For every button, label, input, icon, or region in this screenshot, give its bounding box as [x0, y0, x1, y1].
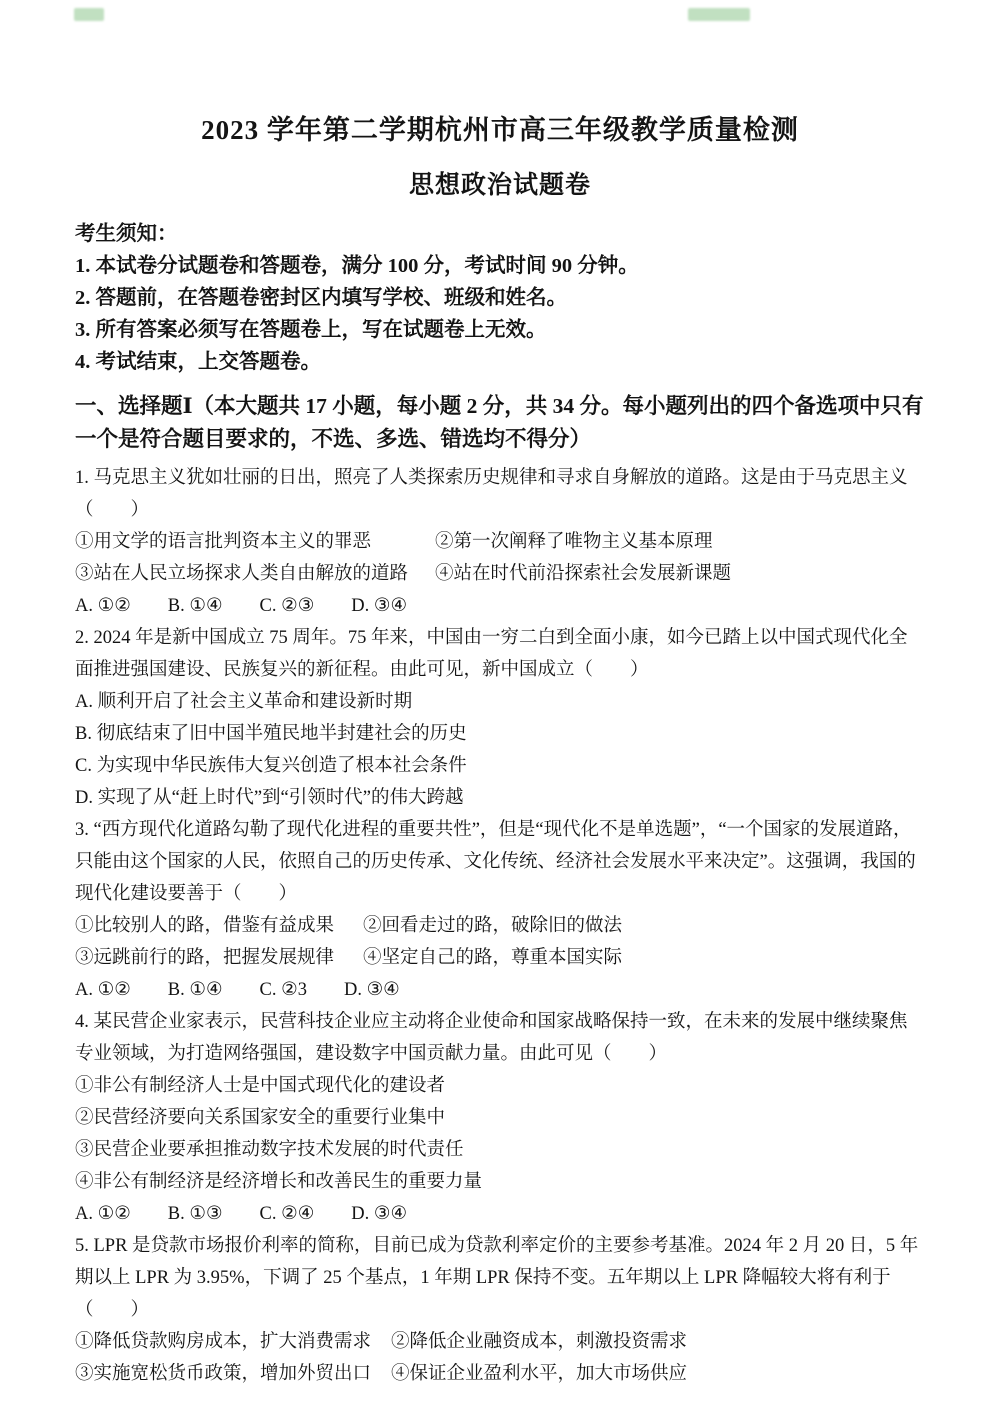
notice-item-1: 1. 本试卷分试题卷和答题卷，满分 100 分，考试时间 90 分钟。 [75, 250, 925, 282]
question-4: 4. 某民营企业家表示，民营科技企业应主动将企业使命和国家战略保持一致，在未来的… [75, 1006, 925, 1230]
question-3-stem: 3. “西方现代化道路勾勒了现代化进程的重要共性”，但是“现代化不是单选题”，“… [75, 814, 925, 910]
question-5-option-2: ②降低企业融资成本，刺激投资需求 [391, 1326, 687, 1358]
question-1-option-1: ①用文学的语言批判资本主义的罪恶 [75, 526, 435, 558]
question-4-answer-choices: A. ①② B. ①③ C. ②④ D. ③④ [75, 1198, 925, 1230]
section-1-heading: 一、选择题Ⅰ（本大题共 17 小题，每小题 2 分，共 34 分。每小题列出的四… [75, 390, 925, 456]
question-4-option-2: ②民营经济要向关系国家安全的重要行业集中 [75, 1102, 925, 1134]
question-4-option-1: ①非公有制经济人士是中国式现代化的建设者 [75, 1070, 925, 1102]
question-2-choice-c: C. 为实现中华民族伟大复兴创造了根本社会条件 [75, 750, 925, 782]
question-1-option-row-1: ①用文学的语言批判资本主义的罪恶 ②第一次阐释了唯物主义基本原理 [75, 526, 925, 558]
question-5-option-row-1: ①降低贷款购房成本，扩大消费需求 ②降低企业融资成本，刺激投资需求 [75, 1326, 925, 1358]
question-3-option-row-1: ①比较别人的路，借鉴有益成果 ②回看走过的路，破除旧的做法 [75, 910, 925, 942]
question-3-option-1: ①比较别人的路，借鉴有益成果 [75, 910, 363, 942]
question-4-option-4: ④非公有制经济是经济增长和改善民生的重要力量 [75, 1166, 925, 1198]
question-2-choice-b: B. 彻底结束了旧中国半殖民地半封建社会的历史 [75, 718, 925, 750]
question-1: 1. 马克思主义犹如壮丽的日出，照亮了人类探索历史规律和寻求自身解放的道路。这是… [75, 462, 925, 622]
question-5-stem: 5. LPR 是贷款市场报价利率的简称，目前已成为贷款利率定价的主要参考基准。2… [75, 1230, 925, 1326]
question-3: 3. “西方现代化道路勾勒了现代化进程的重要共性”，但是“现代化不是单选题”，“… [75, 814, 925, 1006]
page-content: 2023 学年第二学期杭州市高三年级教学质量检测 思想政治试题卷 考生须知： 1… [75, 0, 925, 1390]
question-3-option-2: ②回看走过的路，破除旧的做法 [363, 910, 622, 942]
question-2-stem: 2. 2024 年是新中国成立 75 周年。75 年来，中国由一穷二白到全面小康… [75, 622, 925, 686]
question-list: 1. 马克思主义犹如壮丽的日出，照亮了人类探索历史规律和寻求自身解放的道路。这是… [75, 462, 925, 1390]
question-1-option-2: ②第一次阐释了唯物主义基本原理 [435, 526, 713, 558]
question-1-option-3: ③站在人民立场探求人类自由解放的道路 [75, 558, 435, 590]
notice-item-4: 4. 考试结束，上交答题卷。 [75, 346, 925, 378]
notice-item-2: 2. 答题前，在答题卷密封区内填写学校、班级和姓名。 [75, 282, 925, 314]
question-1-answer-choices: A. ①② B. ①④ C. ②③ D. ③④ [75, 590, 925, 622]
question-2: 2. 2024 年是新中国成立 75 周年。75 年来，中国由一穷二白到全面小康… [75, 622, 925, 814]
question-2-choice-a: A. 顺利开启了社会主义革命和建设新时期 [75, 686, 925, 718]
question-3-option-3: ③远跳前行的路，把握发展规律 [75, 942, 363, 974]
question-2-choice-d: D. 实现了从“赶上时代”到“引领时代”的伟大跨越 [75, 782, 925, 814]
question-5-option-1: ①降低贷款购房成本，扩大消费需求 [75, 1326, 391, 1358]
question-5-option-4: ④保证企业盈利水平，加大市场供应 [391, 1358, 687, 1390]
candidate-notice: 考生须知： 1. 本试卷分试题卷和答题卷，满分 100 分，考试时间 90 分钟… [75, 218, 925, 378]
notice-item-3: 3. 所有答案必须写在答题卷上，写在试题卷上无效。 [75, 314, 925, 346]
question-4-stem: 4. 某民营企业家表示，民营科技企业应主动将企业使命和国家战略保持一致，在未来的… [75, 1006, 925, 1070]
exam-title: 2023 学年第二学期杭州市高三年级教学质量检测 [75, 112, 925, 148]
exam-subtitle: 思想政治试题卷 [75, 170, 925, 202]
question-1-option-4: ④站在时代前沿探索社会发展新课题 [435, 558, 731, 590]
question-5-option-3: ③实施宽松货币政策，增加外贸出口 [75, 1358, 391, 1390]
question-3-option-4: ④坚定自己的路，尊重本国实际 [363, 942, 622, 974]
question-3-option-row-2: ③远跳前行的路，把握发展规律 ④坚定自己的路，尊重本国实际 [75, 942, 925, 974]
question-5: 5. LPR 是贷款市场报价利率的简称，目前已成为贷款利率定价的主要参考基准。2… [75, 1230, 925, 1390]
exam-paper-page: 2023 学年第二学期杭州市高三年级教学质量检测 思想政治试题卷 考生须知： 1… [0, 0, 1000, 1414]
question-5-option-row-2: ③实施宽松货币政策，增加外贸出口 ④保证企业盈利水平，加大市场供应 [75, 1358, 925, 1390]
question-1-option-row-2: ③站在人民立场探求人类自由解放的道路 ④站在时代前沿探索社会发展新课题 [75, 558, 925, 590]
question-1-stem: 1. 马克思主义犹如壮丽的日出，照亮了人类探索历史规律和寻求自身解放的道路。这是… [75, 462, 925, 526]
question-4-option-3: ③民营企业要承担推动数字技术发展的时代责任 [75, 1134, 925, 1166]
question-3-answer-choices: A. ①② B. ①④ C. ②3 D. ③④ [75, 974, 925, 1006]
notice-heading: 考生须知： [75, 218, 925, 250]
